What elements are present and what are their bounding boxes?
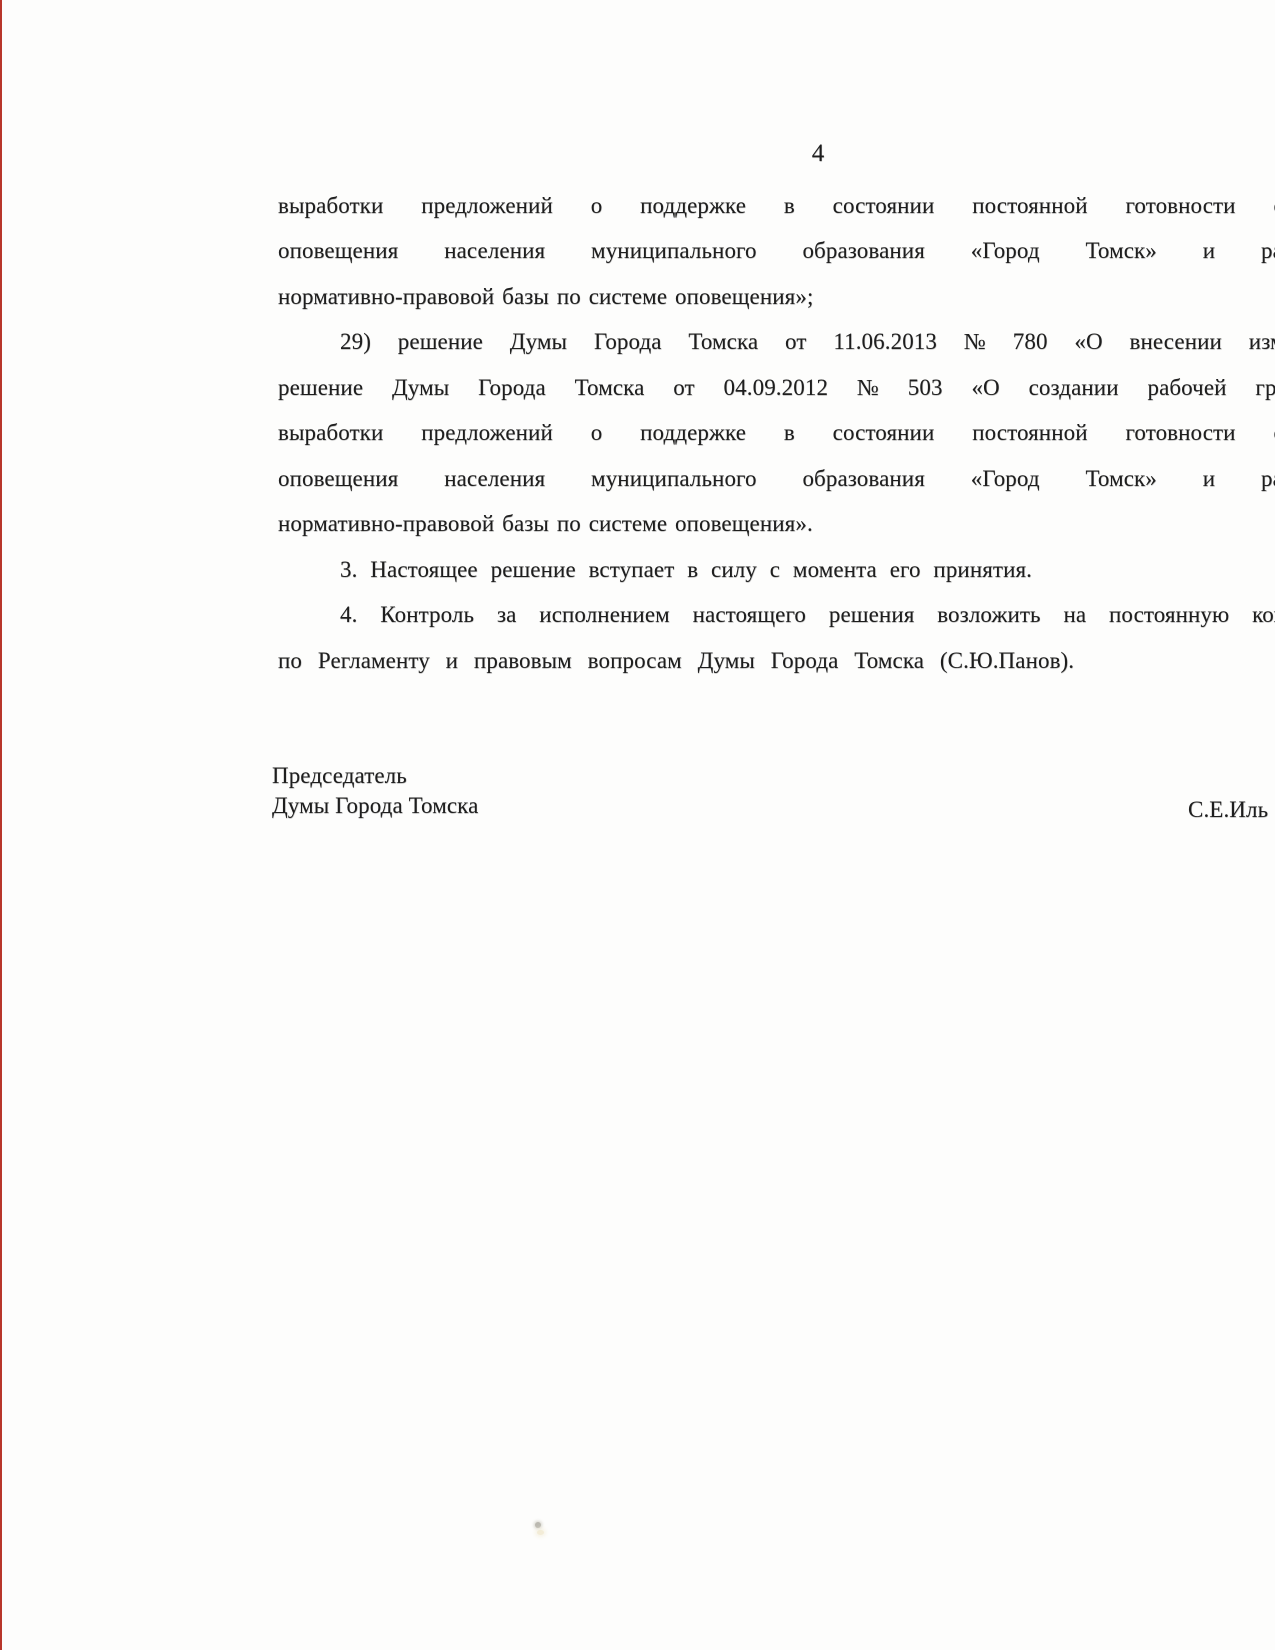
page-number: 4: [806, 139, 830, 169]
text-line: 4. Контроль за исполнением настоящего ре…: [340, 600, 1275, 630]
text-line: оповещения населения муниципального обра…: [278, 464, 1275, 494]
signature-role-line-1: Председатель: [272, 761, 407, 791]
signature-name: С.Е.Иль: [1188, 795, 1268, 825]
text-line: оповещения населения муниципального обра…: [278, 236, 1275, 266]
text-line: по Регламенту и правовым вопросам Думы Г…: [278, 646, 1074, 676]
text-line: 3. Настоящее решение вступает в силу с м…: [340, 555, 1032, 585]
text-line: нормативно-правовой базы по системе опов…: [278, 509, 813, 539]
scan-edge-artifact: [0, 0, 2, 1650]
scan-speck: [537, 1530, 544, 1535]
text-line: 29) решение Думы Города Томска от 11.06.…: [340, 327, 1275, 357]
scan-speck: [535, 1522, 541, 1528]
text-line: выработки предложений о поддержке в сост…: [278, 191, 1275, 221]
text-line: решение Думы Города Томска от 04.09.2012…: [278, 373, 1275, 403]
signature-role-line-2: Думы Города Томска: [272, 791, 478, 821]
text-line: выработки предложений о поддержке в сост…: [278, 418, 1275, 448]
text-line: нормативно-правовой базы по системе опов…: [278, 282, 813, 312]
document-page: 4 выработки предложений о поддержке в со…: [0, 0, 1275, 1650]
